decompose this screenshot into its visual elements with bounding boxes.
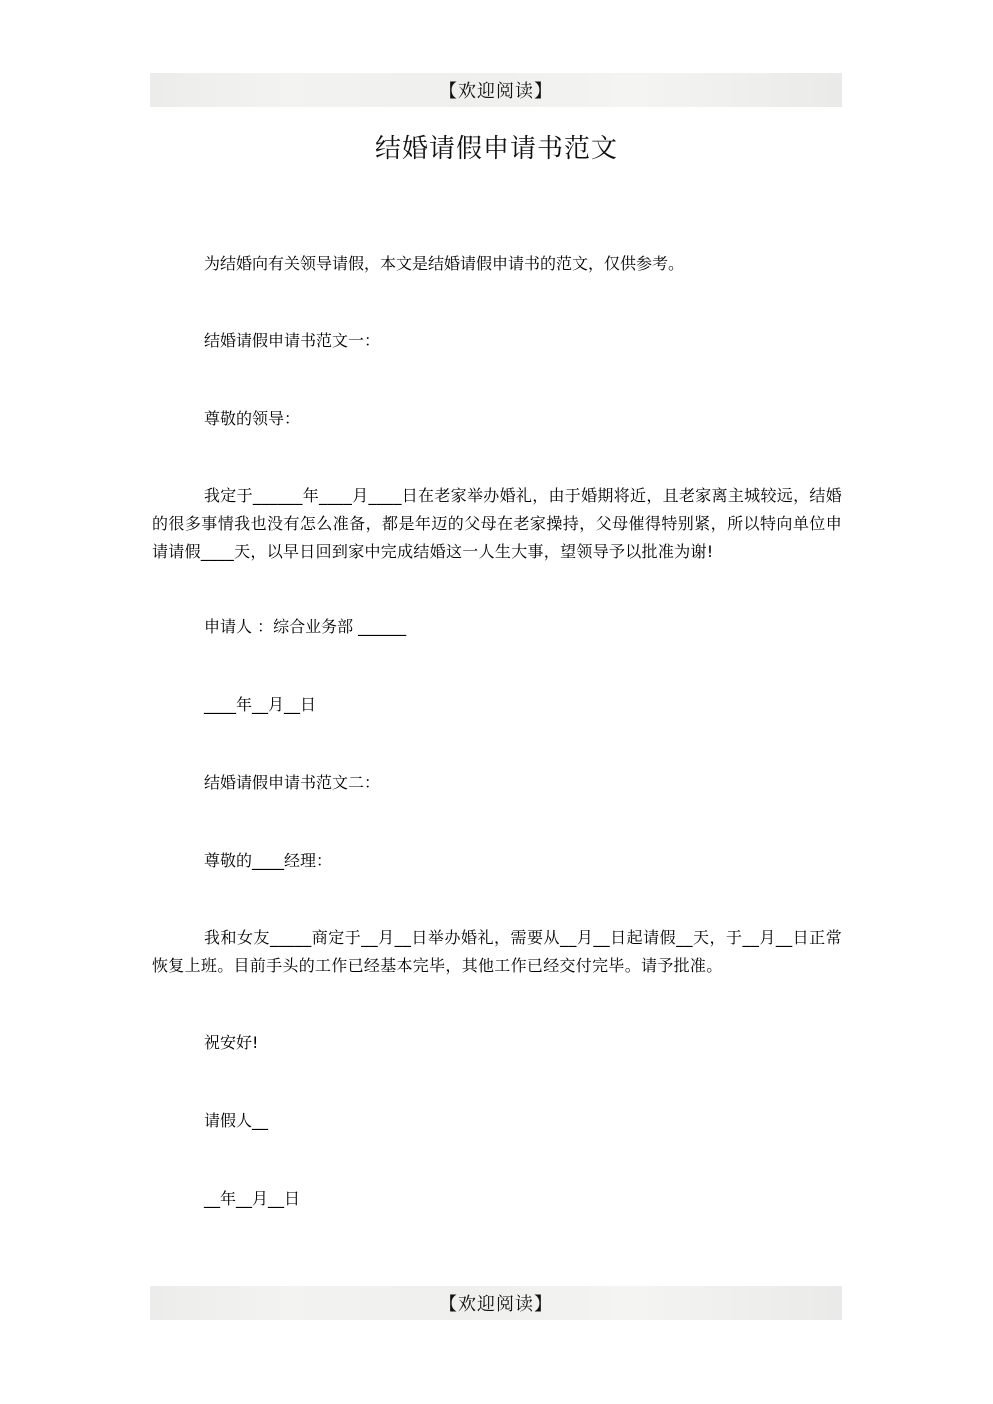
sample2-date: __年__月__日: [152, 1185, 894, 1213]
sample1-applicant: 申请人 ：综合业务部 ______: [152, 613, 894, 641]
sample2-applicant: 请假人__: [152, 1107, 894, 1135]
header-banner: 【欢迎阅读】: [150, 73, 842, 107]
footer-banner-text: 【欢迎阅读】: [439, 1290, 553, 1316]
document-title: 结婚请假申请书范文: [0, 128, 993, 165]
header-banner-text: 【欢迎阅读】: [439, 77, 553, 103]
sample2-heading: 结婚请假申请书范文二：: [152, 769, 894, 797]
sample1-date: ____年__月__日: [152, 691, 894, 719]
sample2-salutation: 尊敬的____经理：: [152, 847, 894, 875]
sample1-heading: 结婚请假申请书范文一：: [152, 327, 894, 355]
intro-paragraph: 为结婚向有关领导请假，本文是结婚请假申请书的范文，仅供参考。: [152, 250, 894, 278]
footer-banner: 【欢迎阅读】: [150, 1286, 842, 1320]
sample2-body: 我和女友_____商定于__月__日举办婚礼，需要从__月__日起请假__天，于…: [152, 924, 842, 980]
sample1-body: 我定于______年____月____日在老家举办婚礼，由于婚期将近，且老家离主…: [152, 482, 842, 566]
sample1-salutation: 尊敬的领导：: [152, 405, 894, 433]
sample2-closing: 祝安好!: [152, 1029, 894, 1057]
